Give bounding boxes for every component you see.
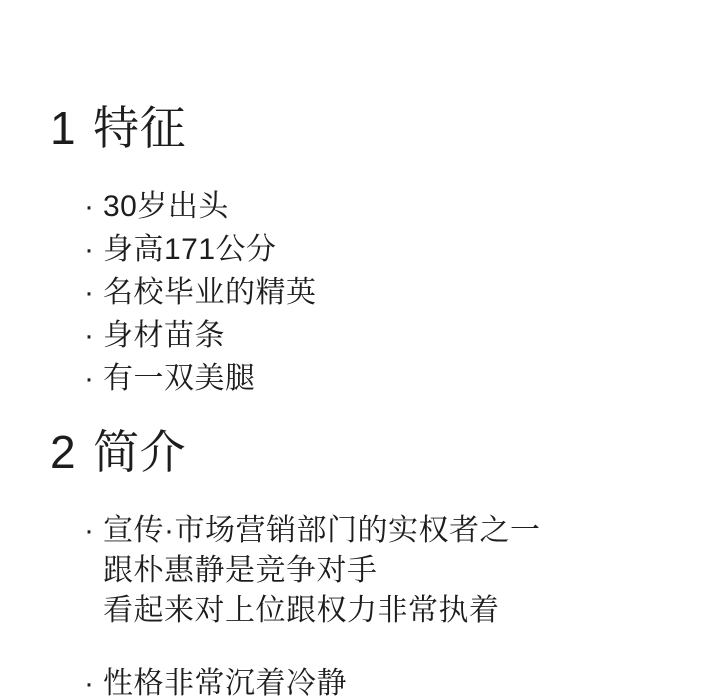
list-item-text: 看起来对上位跟权力非常执着: [103, 591, 690, 631]
list-item: · 身材苗条: [50, 314, 690, 357]
section-heading: 2简介: [50, 423, 690, 481]
list-item: · 30岁出头: [50, 185, 690, 228]
list-item-text: 性格非常沉着冷静: [103, 664, 690, 700]
list-item: · 名校毕业的精英: [50, 271, 690, 314]
bullet-dot-icon: ·: [84, 314, 95, 357]
section-heading: 1特征: [50, 99, 690, 157]
heading-title: 简介: [93, 426, 186, 478]
section-features: 1特征 · 30岁出头 · 身高171公分 · 名校毕业的精英 · 身材苗条 ·…: [50, 99, 690, 400]
bullet-dot-icon: ·: [84, 357, 95, 400]
bullet-dot-icon: ·: [84, 664, 95, 700]
heading-number: 1: [50, 99, 76, 157]
list-item: · 身高171公分: [50, 228, 690, 271]
section-intro: 2简介 · 宣传·市场营销部门的实权者之一 跟朴惠静是竞争对手 看起来对上位跟权…: [50, 423, 690, 700]
list-item: · 宣传·市场营销部门的实权者之一 跟朴惠静是竞争对手 看起来对上位跟权力非常执…: [50, 511, 690, 631]
list-item-text: 跟朴惠静是竞争对手: [103, 551, 690, 591]
list-item-text: 有一双美腿: [103, 357, 690, 400]
list-item-text: 宣传·市场营销部门的实权者之一: [103, 511, 690, 551]
bullet-dot-icon: ·: [84, 228, 95, 271]
list-item-text: 身高171公分: [103, 228, 690, 271]
list-item-text: 身材苗条: [103, 314, 690, 357]
list-item: · 性格非常沉着冷静: [50, 664, 690, 700]
intro-list: · 宣传·市场营销部门的实权者之一 跟朴惠静是竞争对手 看起来对上位跟权力非常执…: [50, 511, 690, 700]
heading-title: 特征: [93, 102, 186, 154]
document-page: 1特征 · 30岁出头 · 身高171公分 · 名校毕业的精英 · 身材苗条 ·…: [0, 0, 720, 700]
list-item-text: 30岁出头: [103, 185, 690, 228]
feature-list: · 30岁出头 · 身高171公分 · 名校毕业的精英 · 身材苗条 · 有一双…: [50, 185, 690, 400]
bullet-dot-icon: ·: [84, 511, 95, 551]
bullet-dot-icon: ·: [84, 271, 95, 314]
list-item: · 有一双美腿: [50, 357, 690, 400]
bullet-dot-icon: ·: [84, 185, 95, 228]
list-item-text: 名校毕业的精英: [103, 271, 690, 314]
heading-number: 2: [50, 423, 76, 481]
